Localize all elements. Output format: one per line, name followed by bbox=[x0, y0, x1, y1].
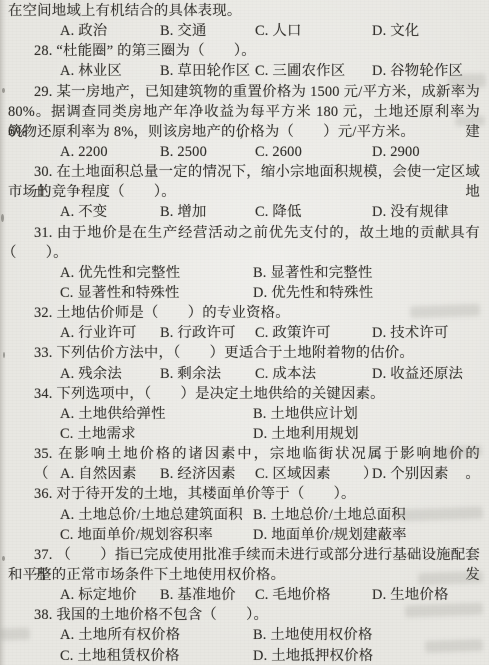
q29-stem-line3: 筑物还原利率为 8%，则该房地产的价格为（ ）元/平方米。 bbox=[0, 122, 489, 142]
q30-option-b: B. 增加 bbox=[160, 202, 207, 222]
scan-speck bbox=[1, 214, 4, 222]
q36-option-d: D. 地面单价/规划建蔽率 bbox=[253, 525, 407, 545]
q30-option-a: A. 不变 bbox=[60, 202, 107, 222]
q33-option-d: D. 收益还原法 bbox=[372, 364, 463, 384]
q33-option-a: A. 残余法 bbox=[60, 364, 122, 384]
q27-option-a: A. 政治 bbox=[60, 21, 107, 41]
bleedthrough-artifact bbox=[410, 304, 480, 318]
q37-stem-line2: 和平整的正常市场条件下土地使用权价格。 bbox=[0, 565, 489, 585]
bleedthrough-artifact bbox=[0, 627, 30, 640]
bleedthrough-artifact bbox=[455, 115, 485, 126]
q36-option-b: B. 土地总价/土地总面积 bbox=[253, 505, 406, 525]
q27-option-d: D. 文化 bbox=[372, 21, 419, 41]
q38-option-c: C. 土地租赁权价格 bbox=[60, 646, 180, 665]
q34-option-d: D. 土地利用规划 bbox=[253, 424, 359, 444]
q30-option-d: D. 没有规律 bbox=[372, 202, 449, 222]
q31-options-row2: C. 显著性和特殊性 D. 优先性和特殊性 bbox=[0, 283, 489, 303]
q29-option-b: B. 2500 bbox=[160, 142, 207, 162]
q31-option-d: D. 优先性和特殊性 bbox=[253, 283, 373, 303]
q37-option-a: A. 标定地价 bbox=[60, 585, 137, 605]
q31-stem-line2: （ ）。 bbox=[0, 243, 489, 263]
q29-option-a: A. 2200 bbox=[60, 142, 108, 162]
q38-options-row2: C. 土地租赁权价格 D. 土地抵押权价格 bbox=[0, 646, 489, 665]
q31-option-b: B. 显著性和完整性 bbox=[253, 263, 373, 283]
q32-option-b: B. 行政许可 bbox=[160, 323, 236, 343]
bleedthrough-artifact bbox=[432, 445, 482, 458]
q34-options-row1: A. 土地供给弹性 B. 土地供应计划 bbox=[0, 404, 489, 424]
q36-option-c: C. 地面单价/规划容积率 bbox=[60, 525, 213, 545]
q27-stem-continuation: 在空间地域上有机结合的具体表现。 bbox=[0, 1, 489, 21]
q28-options: A. 林业区 B. 草田轮作区 C. 三圃农作区 D. 谷物轮作区 bbox=[0, 61, 489, 81]
q30-stem-line2: 市场的竞争程度（ ）。 bbox=[0, 182, 489, 202]
scan-speck bbox=[2, 556, 5, 561]
bleedthrough-artifact bbox=[425, 639, 483, 653]
q31-option-c: C. 显著性和特殊性 bbox=[60, 283, 180, 303]
q34-option-b: B. 土地供应计划 bbox=[253, 404, 358, 424]
q35-option-a: A. 自然因素 bbox=[60, 464, 137, 484]
q28-option-a: A. 林业区 bbox=[60, 61, 122, 81]
q28-stem: 28. “杜能圈” 的第三圈为（ ）。 bbox=[0, 41, 489, 61]
q29-stem-line1: 29. 某一房地产，已知建筑物的重置价格为 1500 元/平方米，成新率为 bbox=[0, 82, 489, 102]
q32-options: A. 行业许可 B. 行政许可 C. 政策许可 D. 技术许可 bbox=[0, 323, 489, 343]
q38-option-d: D. 土地抵押权价格 bbox=[253, 646, 373, 665]
q32-option-d: D. 技术许可 bbox=[372, 323, 449, 343]
exam-text-block: 在空间地域上有机结合的具体表现。 A. 政治 B. 交通 C. 人口 D. 文化… bbox=[0, 0, 489, 665]
q31-stem-line1: 31. 由于地价是在生产经营活动之前优先支付的，故土地的贡献具有 bbox=[0, 223, 489, 243]
q29-option-d: D. 2900 bbox=[372, 142, 420, 162]
q37-stem-line1: 37. （ ）指已完成使用批准手续而未进行或部分进行基础设施配套开发 bbox=[0, 545, 489, 565]
q30-option-c: C. 降低 bbox=[255, 202, 302, 222]
q35-stem: 35. 在影响土地价格的诸因素中，宗地临街状况属于影响地价的（ ）。 bbox=[0, 444, 489, 464]
q38-option-a: A. 土地所有权价格 bbox=[60, 625, 180, 645]
q36-options-row2: C. 地面单价/规划容积率 D. 地面单价/规划建蔽率 bbox=[0, 525, 489, 545]
q37-option-d: D. 生地价格 bbox=[372, 585, 449, 605]
q31-option-a: A. 优先性和完整性 bbox=[60, 263, 180, 283]
q27-option-c: C. 人口 bbox=[255, 21, 302, 41]
q28-option-b: B. 草田轮作区 bbox=[160, 61, 250, 81]
q38-option-b: B. 土地使用权价格 bbox=[253, 625, 373, 645]
q27-option-b: B. 交通 bbox=[160, 21, 207, 41]
q33-options: A. 残余法 B. 剩余法 C. 成本法 D. 收益还原法 bbox=[0, 364, 489, 384]
q36-option-a: A. 土地总价/土地总建筑面积 bbox=[60, 505, 243, 525]
q34-option-c: C. 土地需求 bbox=[60, 424, 136, 444]
bleedthrough-artifact bbox=[418, 571, 483, 585]
q27-options: A. 政治 B. 交通 C. 人口 D. 文化 bbox=[0, 21, 489, 41]
q35-option-b: B. 经济因素 bbox=[160, 464, 236, 484]
q29-stem-line2: 80%。据调查同类房地产年净收益为每平方米 180 元，土地还原利率为 6%，建 bbox=[0, 102, 489, 122]
q33-stem: 33. 下列估价方法中，（ ）更适合于土地附着物的估价。 bbox=[0, 343, 489, 363]
q38-options-row1: A. 土地所有权价格 B. 土地使用权价格 bbox=[0, 625, 489, 645]
q30-stem-line1: 30. 在土地面积总量一定的情况下，缩小宗地面积规模，会使一定区域土地 bbox=[0, 162, 489, 182]
q33-option-b: B. 剩余法 bbox=[160, 364, 221, 384]
q28-option-c: C. 三圃农作区 bbox=[255, 61, 345, 81]
q35-option-d: D. 个别因素 bbox=[372, 464, 449, 484]
q32-option-c: C. 政策许可 bbox=[255, 323, 331, 343]
scanned-exam-page: 在空间地域上有机结合的具体表现。 A. 政治 B. 交通 C. 人口 D. 文化… bbox=[0, 0, 489, 665]
scan-speck bbox=[2, 88, 5, 93]
q29-options: A. 2200 B. 2500 C. 2600 D. 2900 bbox=[0, 142, 489, 162]
q29-option-c: C. 2600 bbox=[255, 142, 302, 162]
q37-option-c: C. 毛地价格 bbox=[255, 585, 331, 605]
q37-options: A. 标定地价 B. 基准地价 C. 毛地价格 D. 生地价格 bbox=[0, 585, 489, 605]
q31-options-row1: A. 优先性和完整性 B. 显著性和完整性 bbox=[0, 263, 489, 283]
q33-option-c: C. 成本法 bbox=[255, 364, 316, 384]
q30-options: A. 不变 B. 增加 C. 降低 D. 没有规律 bbox=[0, 202, 489, 222]
q35-option-c: C. 区域因素 bbox=[255, 464, 331, 484]
q34-option-a: A. 土地供给弹性 bbox=[60, 404, 166, 424]
bleedthrough-artifact bbox=[448, 73, 486, 88]
q34-stem: 34. 下列选项中，（ ）是决定土地供给的关键因素。 bbox=[0, 384, 489, 404]
scan-left-gutter bbox=[0, 0, 7, 665]
q34-options-row2: C. 土地需求 D. 土地利用规划 bbox=[0, 424, 489, 444]
q36-stem: 36. 对于待开发的土地，其楼面单价等于（ ）。 bbox=[0, 484, 489, 504]
scan-speck bbox=[3, 352, 5, 358]
q35-options: A. 自然因素 B. 经济因素 C. 区域因素 D. 个别因素 bbox=[0, 464, 489, 484]
q37-option-b: B. 基准地价 bbox=[160, 585, 236, 605]
q32-option-a: A. 行业许可 bbox=[60, 323, 137, 343]
